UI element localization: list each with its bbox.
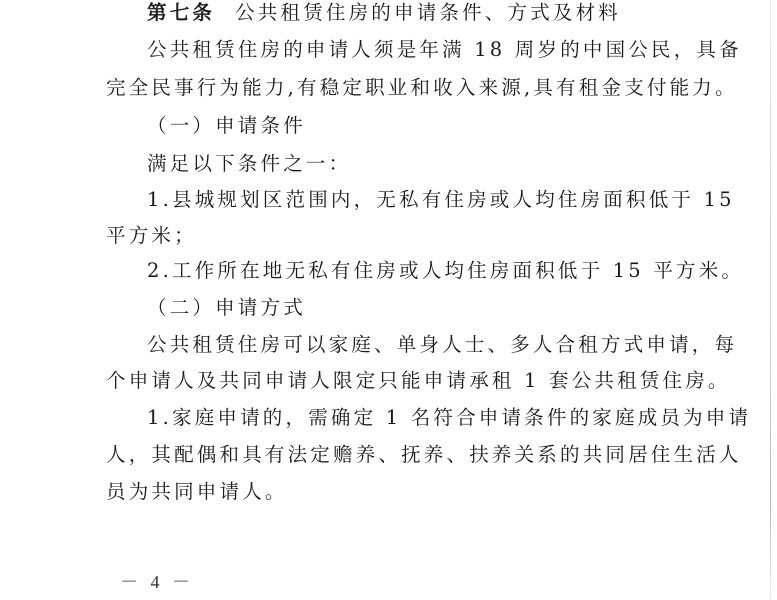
list-item: 1.县城规划区范围内，无私有住房或人均住房面积低于 15 xyxy=(147,187,717,213)
list-item-continuation: 员为共同申请人。 xyxy=(106,479,676,505)
article-heading: 第七条公共租赁住房的申请条件、方式及材料 xyxy=(147,0,717,26)
article-number: 第七条 xyxy=(147,1,215,24)
page-number: － 4 － xyxy=(120,568,194,594)
list-item: 1.家庭申请的，需确定 1 名符合申请条件的家庭成员为申请 xyxy=(147,405,717,431)
section-heading: （二）申请方式 xyxy=(147,295,717,321)
section-heading: （一）申请条件 xyxy=(147,113,717,139)
document-page: 第七条公共租赁住房的申请条件、方式及材料 公共租赁住房的申请人须是年满 18 周… xyxy=(0,0,777,600)
paragraph-line: 个申请人及共同申请人限定只能申请承租 1 套公共租赁住房。 xyxy=(106,368,676,394)
paragraph-line: 公共租赁住房可以家庭、单身人士、多人合租方式申请，每 xyxy=(147,332,717,358)
paragraph-line: 公共租赁住房的申请人须是年满 18 周岁的中国公民，具备 xyxy=(147,37,717,63)
page-edge-divider xyxy=(770,0,771,600)
paragraph-line: 完全民事行为能力,有稳定职业和收入来源,具有租金支付能力。 xyxy=(106,75,676,101)
list-item-continuation: 平方米； xyxy=(106,223,676,249)
article-title: 公共租赁住房的申请条件、方式及材料 xyxy=(235,1,621,24)
list-item: 2.工作所在地无私有住房或人均住房面积低于 15 平方米。 xyxy=(147,258,717,284)
paragraph-line: 满足以下条件之一： xyxy=(147,151,717,177)
list-item-continuation: 人，其配偶和具有法定赡养、抚养、扶养关系的共同居住生活人 xyxy=(106,442,676,468)
